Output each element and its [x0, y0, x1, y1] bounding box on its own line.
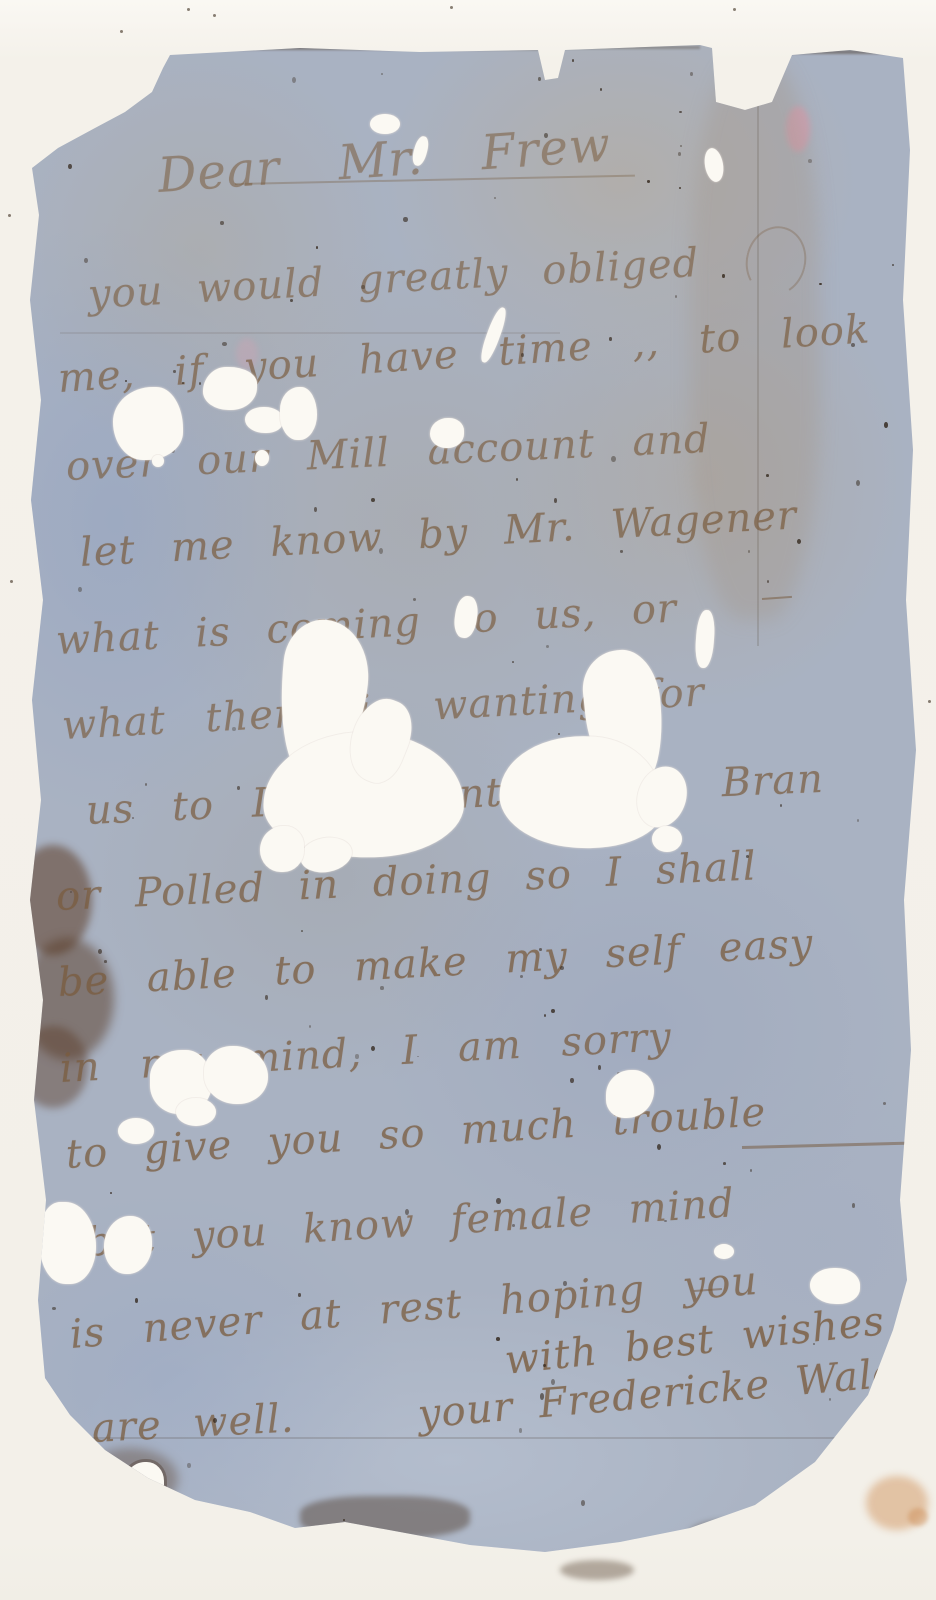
paper-hole [810, 1268, 860, 1304]
paper-hole [204, 1046, 268, 1104]
foxing-speck [543, 1364, 546, 1367]
paper-hole-rimmed [124, 1462, 164, 1506]
foxing-speck [371, 498, 375, 502]
letter-signoff: are well. [91, 1395, 296, 1452]
stain-bottom-center-debris [688, 1520, 768, 1550]
foxing-speck [572, 59, 574, 62]
foxing-speck [551, 1379, 555, 1385]
foxing-speck [450, 6, 453, 9]
letter-line: you would greatly obliged [87, 240, 701, 318]
foxing-speck [237, 786, 240, 790]
torn-edge-shadow-top-right [790, 50, 905, 54]
foxing-speck [78, 587, 82, 592]
foxing-speck [265, 995, 268, 1000]
foxing-speck [928, 700, 931, 703]
foxing-speck [544, 1014, 546, 1017]
foxing-speck [301, 930, 303, 932]
foxing-speck [98, 949, 102, 954]
foxing-speck [70, 891, 72, 893]
foxing-speck [67, 1422, 71, 1427]
foxing-speck [355, 1054, 359, 1059]
paper-nick [694, 609, 716, 668]
stain-orange-bottom-right [908, 1508, 928, 1526]
foxing-speck [570, 1078, 574, 1083]
foxing-speck [857, 819, 859, 822]
foxing-speck [64, 130, 66, 132]
foxing-speck [819, 283, 822, 285]
foxing-speck [145, 783, 147, 786]
foxing-speck [314, 507, 317, 512]
foxing-speck [290, 299, 293, 302]
foxing-speck [723, 1162, 726, 1165]
foxing-speck [187, 8, 190, 11]
foxing-speck [187, 1463, 191, 1468]
foxing-speck [521, 353, 524, 357]
paper-hole [714, 1244, 734, 1259]
foxing-speck [611, 456, 616, 462]
foxing-speck [609, 337, 612, 341]
foxing-speck [750, 1169, 752, 1172]
foxing-speck [84, 258, 88, 263]
foxing-speck [403, 217, 408, 222]
paper-hole [40, 1202, 96, 1284]
foxing-speck [883, 1102, 886, 1105]
foxing-speck [600, 88, 602, 91]
foxing-speck [856, 480, 860, 486]
foxing-speck [10, 580, 13, 583]
foxing-speck [675, 295, 677, 298]
foxing-speck [892, 264, 894, 266]
foxing-speck [512, 661, 514, 663]
foxing-speck [679, 111, 682, 113]
foxing-speck [884, 422, 888, 428]
foxing-speck [563, 1281, 567, 1286]
stain-bottom-left-debris [300, 1496, 470, 1538]
foxing-speck [182, 382, 184, 384]
foxing-speck [496, 1198, 501, 1204]
foxing-speck [68, 164, 72, 169]
stain-bottom-debris-outside [560, 1560, 634, 1580]
foxing-speck [679, 187, 681, 189]
paper-hole-large-right [652, 826, 682, 852]
letter-line: what is coming to us, or [55, 585, 678, 663]
foxing-speck [722, 274, 725, 278]
foxing-speck [519, 1428, 522, 1433]
foxing-speck [620, 550, 623, 553]
foxing-speck [405, 1209, 409, 1215]
foxing-speck [554, 498, 557, 503]
foxing-speck [173, 370, 176, 373]
foxing-speck [135, 1298, 138, 1303]
letter-paper-sheet: Dear Mr. Frew you would greatly obliged … [0, 0, 936, 1600]
foxing-speck [298, 1293, 301, 1297]
paper-hole [245, 407, 283, 433]
foxing-speck [381, 73, 383, 75]
foxing-speck [767, 580, 769, 583]
paper-nick [702, 147, 726, 184]
foxing-speck [110, 1192, 112, 1194]
foxing-speck [8, 214, 11, 217]
paper-hole [118, 1118, 154, 1144]
foxing-speck [496, 1337, 500, 1341]
foxing-speck [494, 197, 496, 199]
foxing-speck [104, 960, 107, 963]
foxing-speck [746, 855, 749, 858]
foxing-speck [343, 1519, 345, 1521]
foxing-speck [232, 727, 236, 731]
foxing-speck [897, 1325, 902, 1331]
foxing-speck [657, 1144, 661, 1150]
ink-loop-flourish [738, 220, 813, 302]
foxing-speck [132, 817, 134, 819]
foxing-speck [690, 72, 693, 76]
foxing-speck [316, 246, 318, 249]
foxing-speck [199, 382, 201, 385]
paper-hole [113, 387, 183, 460]
letter-line: let me know by Mr. Wagener [79, 492, 798, 576]
ink-line-above-trouble [742, 1142, 905, 1149]
paper-hole [430, 418, 464, 448]
letter-line: or Polled in doing so I shall [55, 843, 758, 920]
foxing-speck [551, 1009, 555, 1013]
foxing-speck [213, 14, 216, 17]
letter-line: me, if you have time ,, to look [57, 306, 872, 402]
foxing-speck [220, 221, 224, 225]
foxing-speck [558, 733, 560, 735]
foxing-speck [120, 30, 123, 33]
foxing-speck [797, 539, 801, 544]
foxing-speck [748, 550, 750, 553]
foxing-speck [540, 1393, 544, 1400]
foxing-speck [733, 8, 736, 11]
foxing-speck [780, 804, 782, 807]
foxing-speck [539, 948, 542, 951]
foxing-speck [52, 1307, 56, 1310]
foxing-speck [852, 1203, 855, 1208]
foxing-speck [813, 1343, 815, 1345]
foxing-speck [512, 1224, 515, 1227]
paper-hole [255, 450, 269, 466]
foxing-speck [380, 986, 384, 990]
paper-hole [203, 367, 257, 410]
ink-dash-under-wagener [762, 596, 792, 600]
paper-hole [104, 1216, 152, 1274]
foxing-speck [292, 77, 296, 83]
paper-hole [260, 826, 304, 872]
foxing-speck [516, 478, 518, 481]
paper-hole [176, 1098, 216, 1126]
foxing-speck [309, 1025, 311, 1028]
stain-pink-top-right [786, 106, 810, 152]
stain-orange-bottom-right [866, 1476, 928, 1530]
paper-hole [280, 387, 317, 440]
foxing-speck [808, 159, 812, 163]
torn-edge-shadow-top-mid [565, 46, 700, 49]
letter-line: be able to make my self easy [57, 920, 815, 1006]
paper-nick [370, 114, 400, 134]
foxing-speck [678, 152, 681, 156]
foxing-speck [546, 645, 549, 648]
foxing-speck [538, 77, 541, 81]
scanned-letter-page: Dear Mr. Frew you would greatly obliged … [0, 0, 936, 1600]
paper-hole [152, 455, 164, 467]
letter-line: but you know female mind [85, 1180, 736, 1266]
foxing-speck [361, 285, 365, 289]
foxing-speck [413, 598, 416, 601]
foxing-speck [222, 342, 227, 346]
torn-edge-shadow-top-left [172, 46, 538, 50]
foxing-speck [379, 548, 383, 554]
foxing-speck [647, 180, 650, 183]
foxing-speck [680, 145, 682, 147]
foxing-speck [581, 1500, 585, 1506]
foxing-speck [865, 1432, 869, 1437]
foxing-speck [598, 1065, 601, 1070]
foxing-speck [766, 474, 769, 477]
